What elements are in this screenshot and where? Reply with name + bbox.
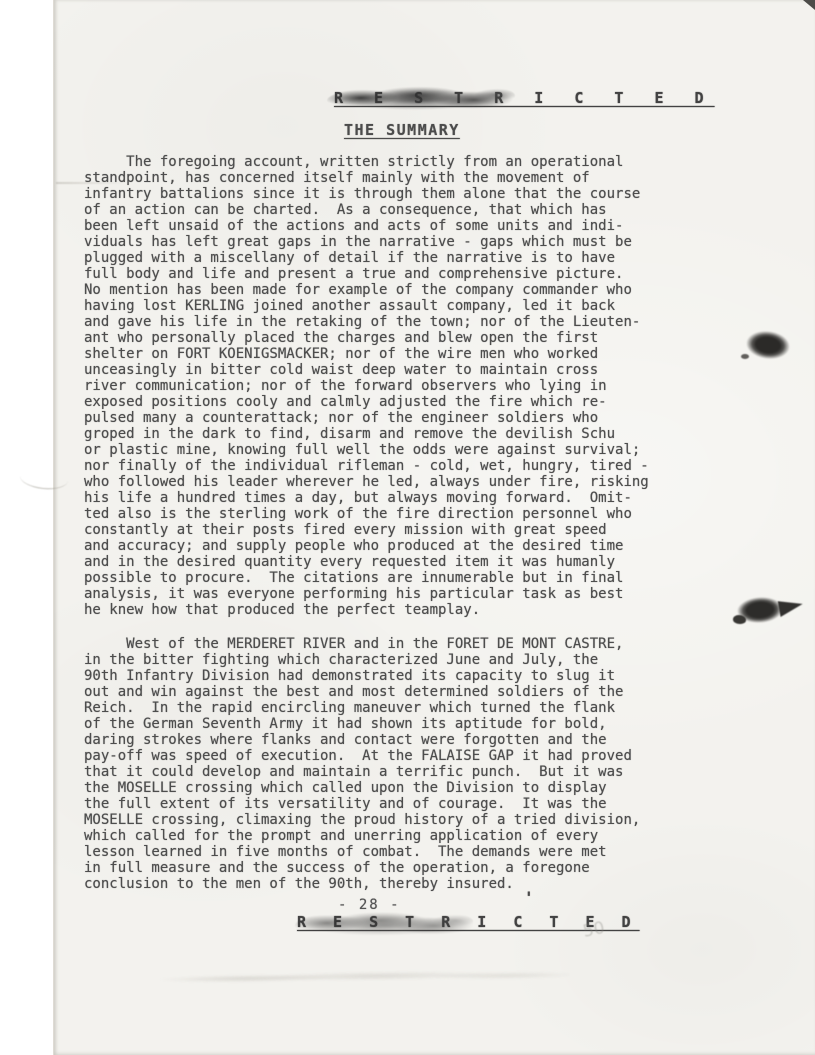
ink-blot-lower-speck — [733, 615, 746, 624]
stray-ink-mark: ' — [524, 888, 534, 907]
ink-blot-upper-speck — [741, 354, 749, 359]
obliteration-smudge-bottom — [295, 909, 473, 939]
page-title: THE SUMMARY — [344, 121, 460, 139]
paragraph-1: The foregoing account, written strictly … — [84, 154, 649, 618]
paragraph-2: West of the MERDERET RIVER and in the FO… — [84, 636, 640, 892]
corner-fold-mark — [803, 0, 815, 10]
paper-crease-topleft — [56, 182, 126, 184]
scanned-document-page: R E S T R I C T E D THE SUMMARY The fore… — [0, 0, 815, 1055]
